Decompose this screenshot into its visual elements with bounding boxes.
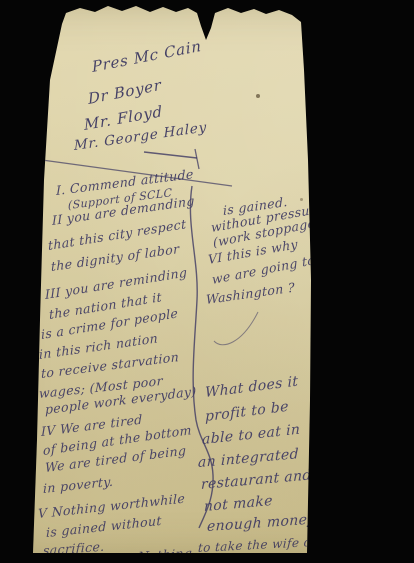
handwritten-line: Washington ? [206, 279, 295, 307]
handwritten-line: wages; (Most poor [39, 373, 163, 401]
handwritten-line: is gained. [223, 194, 288, 218]
handwritten-line: V Nothing worthwhile [38, 490, 185, 521]
handwritten-line: I. Commend attitude [56, 166, 194, 198]
note-paper: Pres Mc Cain Dr Boyer Mr. Floyd Mr. Geor… [0, 0, 414, 563]
handwritten-line: not make [204, 493, 273, 515]
haley-underline-line [144, 152, 197, 158]
handwritten-line: VI this is why [207, 236, 298, 267]
handwritten-line: (Support of SCLC [68, 186, 173, 212]
handwritten-line: IV We are tired [41, 411, 143, 439]
handwritten-line: profit to be [205, 399, 289, 425]
paper-speck [300, 198, 303, 201]
handwritten-line: the nation that it [49, 289, 163, 322]
handwritten-line: III you are reminding [45, 264, 188, 302]
handwritten-line: an integrated [198, 446, 299, 471]
recipient-line: Dr Boyer [87, 76, 162, 108]
handwritten-line: of being at the bottom [43, 422, 192, 458]
header-rule-line [42, 160, 232, 186]
recipient-line: Pres Mc Cain [91, 37, 202, 76]
ink-rule-lines [0, 0, 414, 563]
handwritten-line: people work everyday) [45, 383, 197, 417]
handwritten-line: We are tired of being [45, 443, 187, 475]
handwritten-line: restaurant and [201, 467, 312, 493]
handwritten-line: without pressure [210, 200, 324, 235]
handwritten-line: to receive starvation [41, 349, 179, 381]
recipient-line: Mr. George Haley [74, 119, 207, 154]
handwritten-line: in poverty. [43, 474, 113, 496]
photo-background: Pres Mc Cain Dr Boyer Mr. Floyd Mr. Geor… [0, 0, 414, 563]
handwritten-line: sacrifice. [43, 539, 105, 558]
handwritten-line: II you are demanding [52, 193, 195, 228]
column-divider-line [190, 186, 213, 528]
handwritten-line: What does it [205, 373, 299, 401]
handwritten-line: the dignity of labor [51, 241, 180, 274]
haley-underline-tick [195, 149, 199, 169]
handwritten-line: is gained without [46, 513, 162, 540]
handwritten-line: that this city respect [48, 216, 187, 253]
handwritten-line: (work stoppage) [212, 214, 321, 250]
handwritten-line: in this rich nation [39, 330, 159, 362]
handwritten-line: enough money [207, 511, 316, 535]
paper-speck [256, 94, 260, 98]
handwritten-line: is a crime for people [41, 305, 179, 342]
washington-flourish-line [214, 312, 258, 345]
handwritten-line: Nothing [138, 545, 193, 563]
handwritten-line: able to eat in [202, 422, 300, 448]
recipient-line: Mr. Floyd [83, 102, 163, 134]
handwritten-line: we are going to [211, 252, 315, 287]
handwritten-line: to take the wife out [198, 534, 325, 555]
